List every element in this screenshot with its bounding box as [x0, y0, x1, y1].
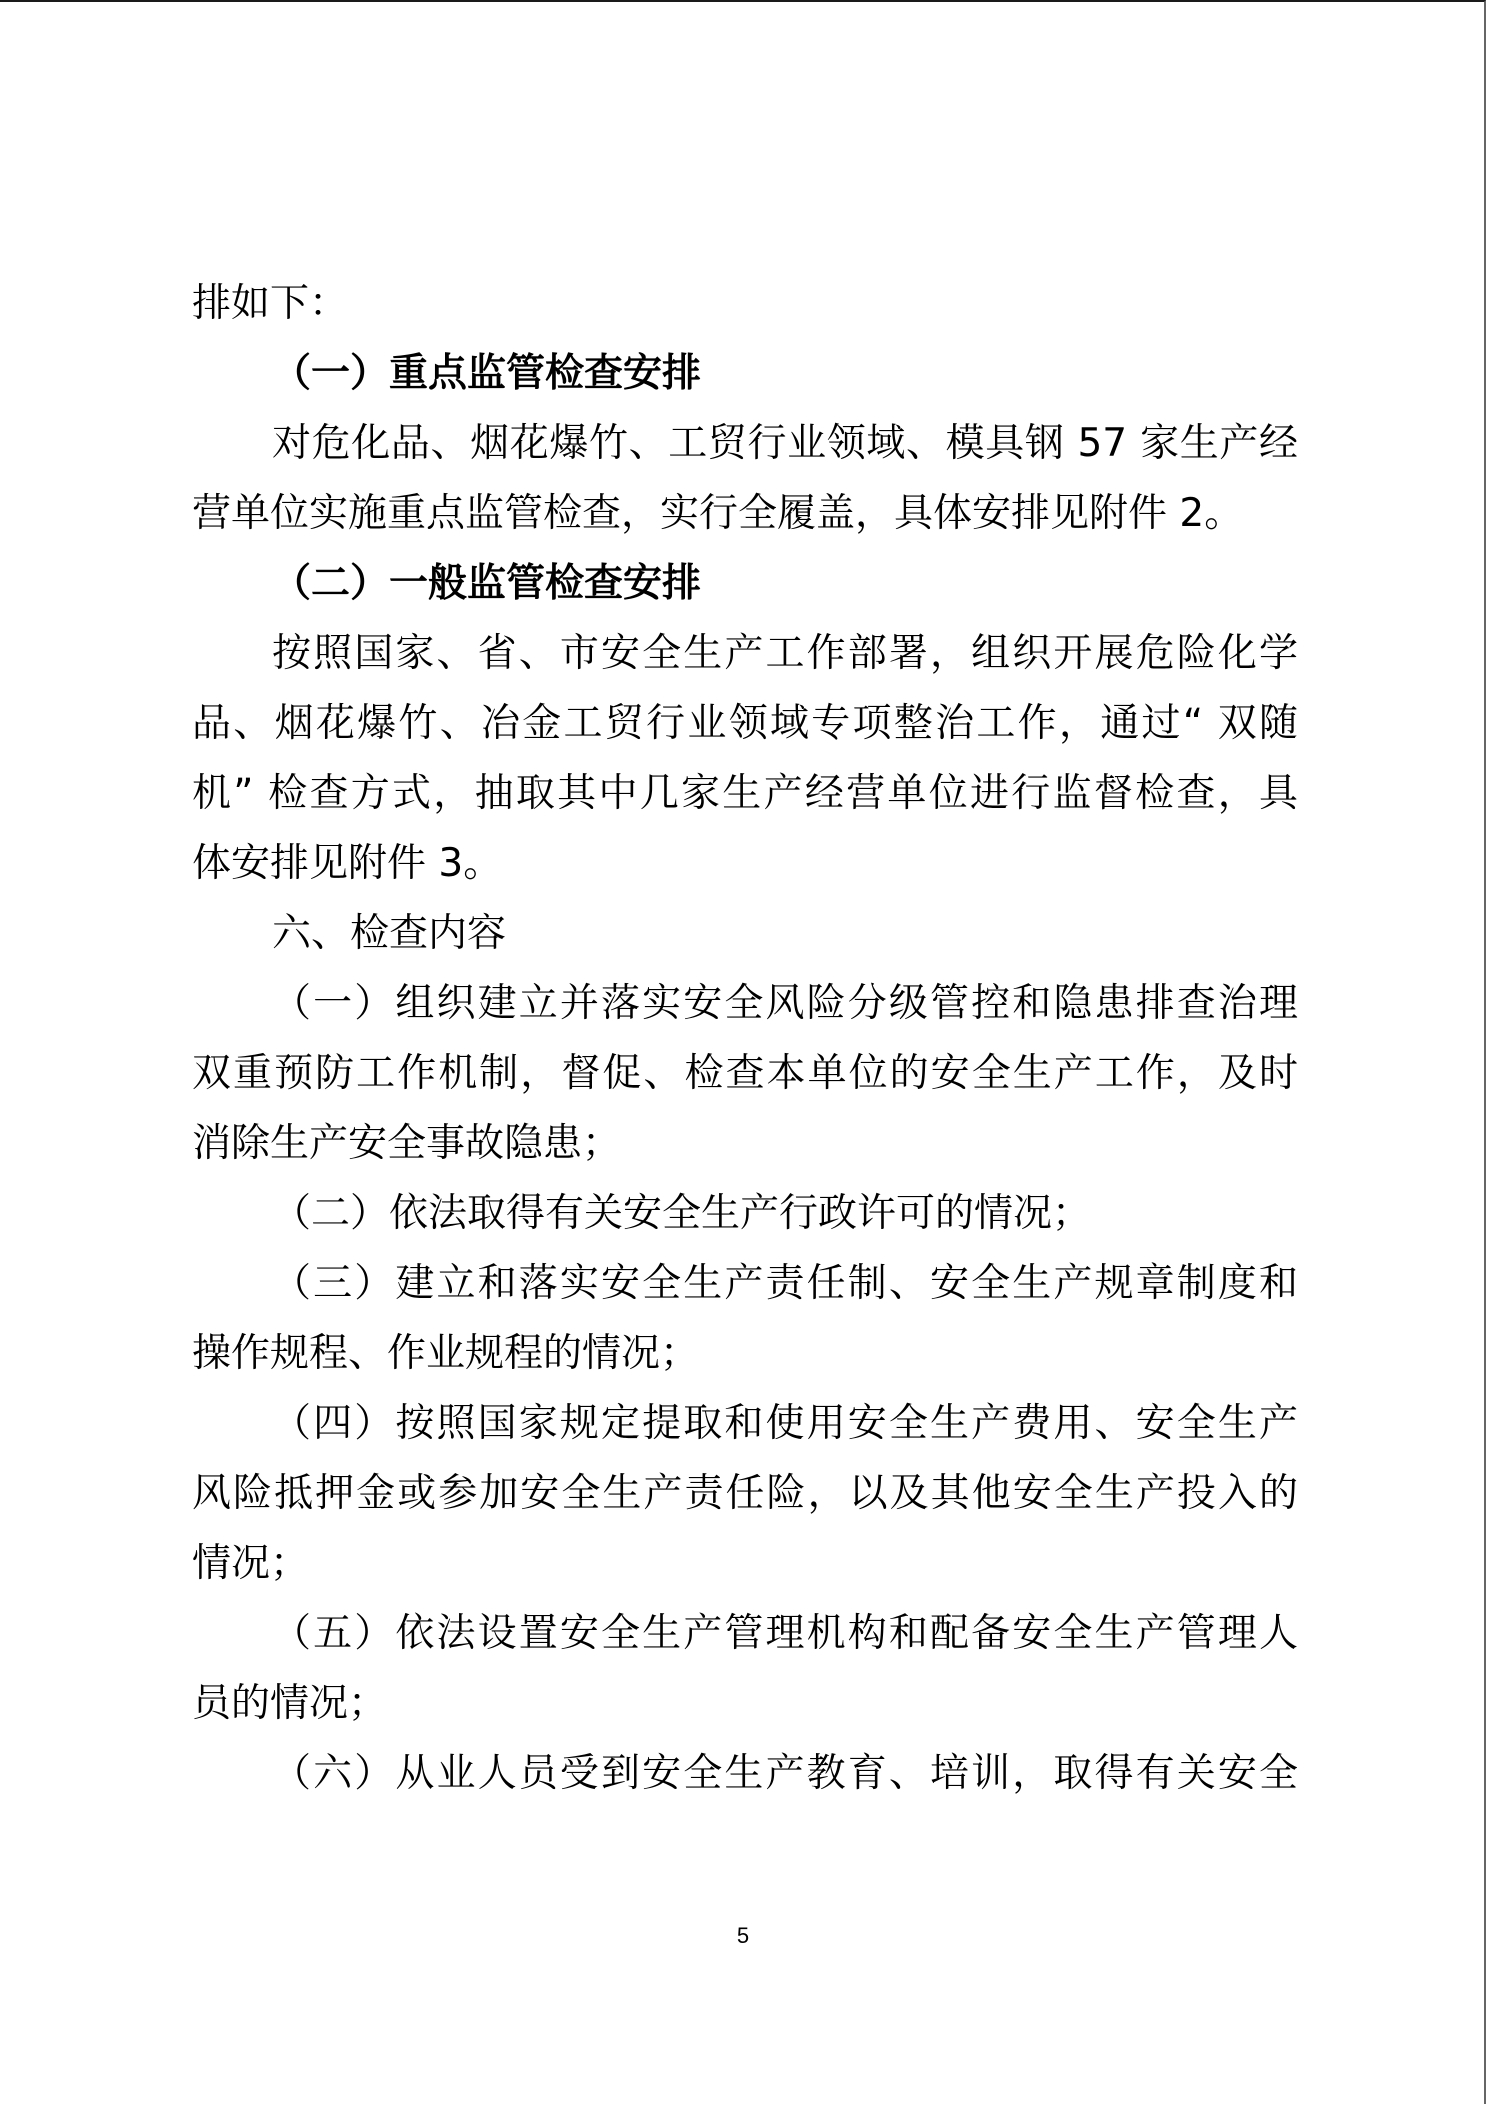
- paragraph-line: 营单位实施重点监管检查，实行全履盖，具体安排见附件 2。: [192, 479, 1298, 549]
- page-number: 5: [0, 1918, 1486, 1954]
- paragraph-line: 按照国家、省、市安全生产工作部署，组织开展危险化学: [192, 619, 1298, 689]
- list-item-line: 情况；: [192, 1529, 1298, 1599]
- section-heading-inspection-content: 六、检查内容: [192, 899, 1298, 969]
- paragraph-line: 体安排见附件 3。: [192, 829, 1298, 899]
- list-item-line: 消除生产安全事故隐患；: [192, 1109, 1298, 1179]
- list-item-line: （三）建立和落实安全生产责任制、安全生产规章制度和: [192, 1249, 1298, 1319]
- list-item-line: 操作规程、作业规程的情况；: [192, 1319, 1298, 1389]
- paragraph-line-continuation: 排如下：: [192, 269, 1298, 339]
- list-item-line: （一）组织建立并落实安全风险分级管控和隐患排查治理: [192, 969, 1298, 1039]
- list-item-line: （二）依法取得有关安全生产行政许可的情况；: [192, 1179, 1298, 1249]
- paragraph-line: 对危化品、烟花爆竹、工贸行业领域、模具钢 57 家生产经: [192, 409, 1298, 479]
- list-item-line: （六）从业人员受到安全生产教育、培训，取得有关安全: [192, 1739, 1298, 1809]
- list-item-line: 员的情况；: [192, 1669, 1298, 1739]
- list-item-line: 双重预防工作机制，督促、检查本单位的安全生产工作，及时: [192, 1039, 1298, 1109]
- section-heading-general-supervision: （二）一般监管检查安排: [192, 549, 1298, 619]
- document-body: 排如下： （一）重点监管检查安排 对危化品、烟花爆竹、工贸行业领域、模具钢 57…: [192, 269, 1298, 1809]
- document-page: 排如下： （一）重点监管检查安排 对危化品、烟花爆竹、工贸行业领域、模具钢 57…: [0, 0, 1486, 2104]
- list-item-line: 风险抵押金或参加安全生产责任险，以及其他安全生产投入的: [192, 1459, 1298, 1529]
- paragraph-line: 机” 检查方式，抽取其中几家生产经营单位进行监督检查，具: [192, 759, 1298, 829]
- section-heading-key-supervision: （一）重点监管检查安排: [192, 339, 1298, 409]
- list-item-line: （四）按照国家规定提取和使用安全生产费用、安全生产: [192, 1389, 1298, 1459]
- list-item-line: （五）依法设置安全生产管理机构和配备安全生产管理人: [192, 1599, 1298, 1669]
- paragraph-line: 品、烟花爆竹、冶金工贸行业领域专项整治工作，通过“ 双随: [192, 689, 1298, 759]
